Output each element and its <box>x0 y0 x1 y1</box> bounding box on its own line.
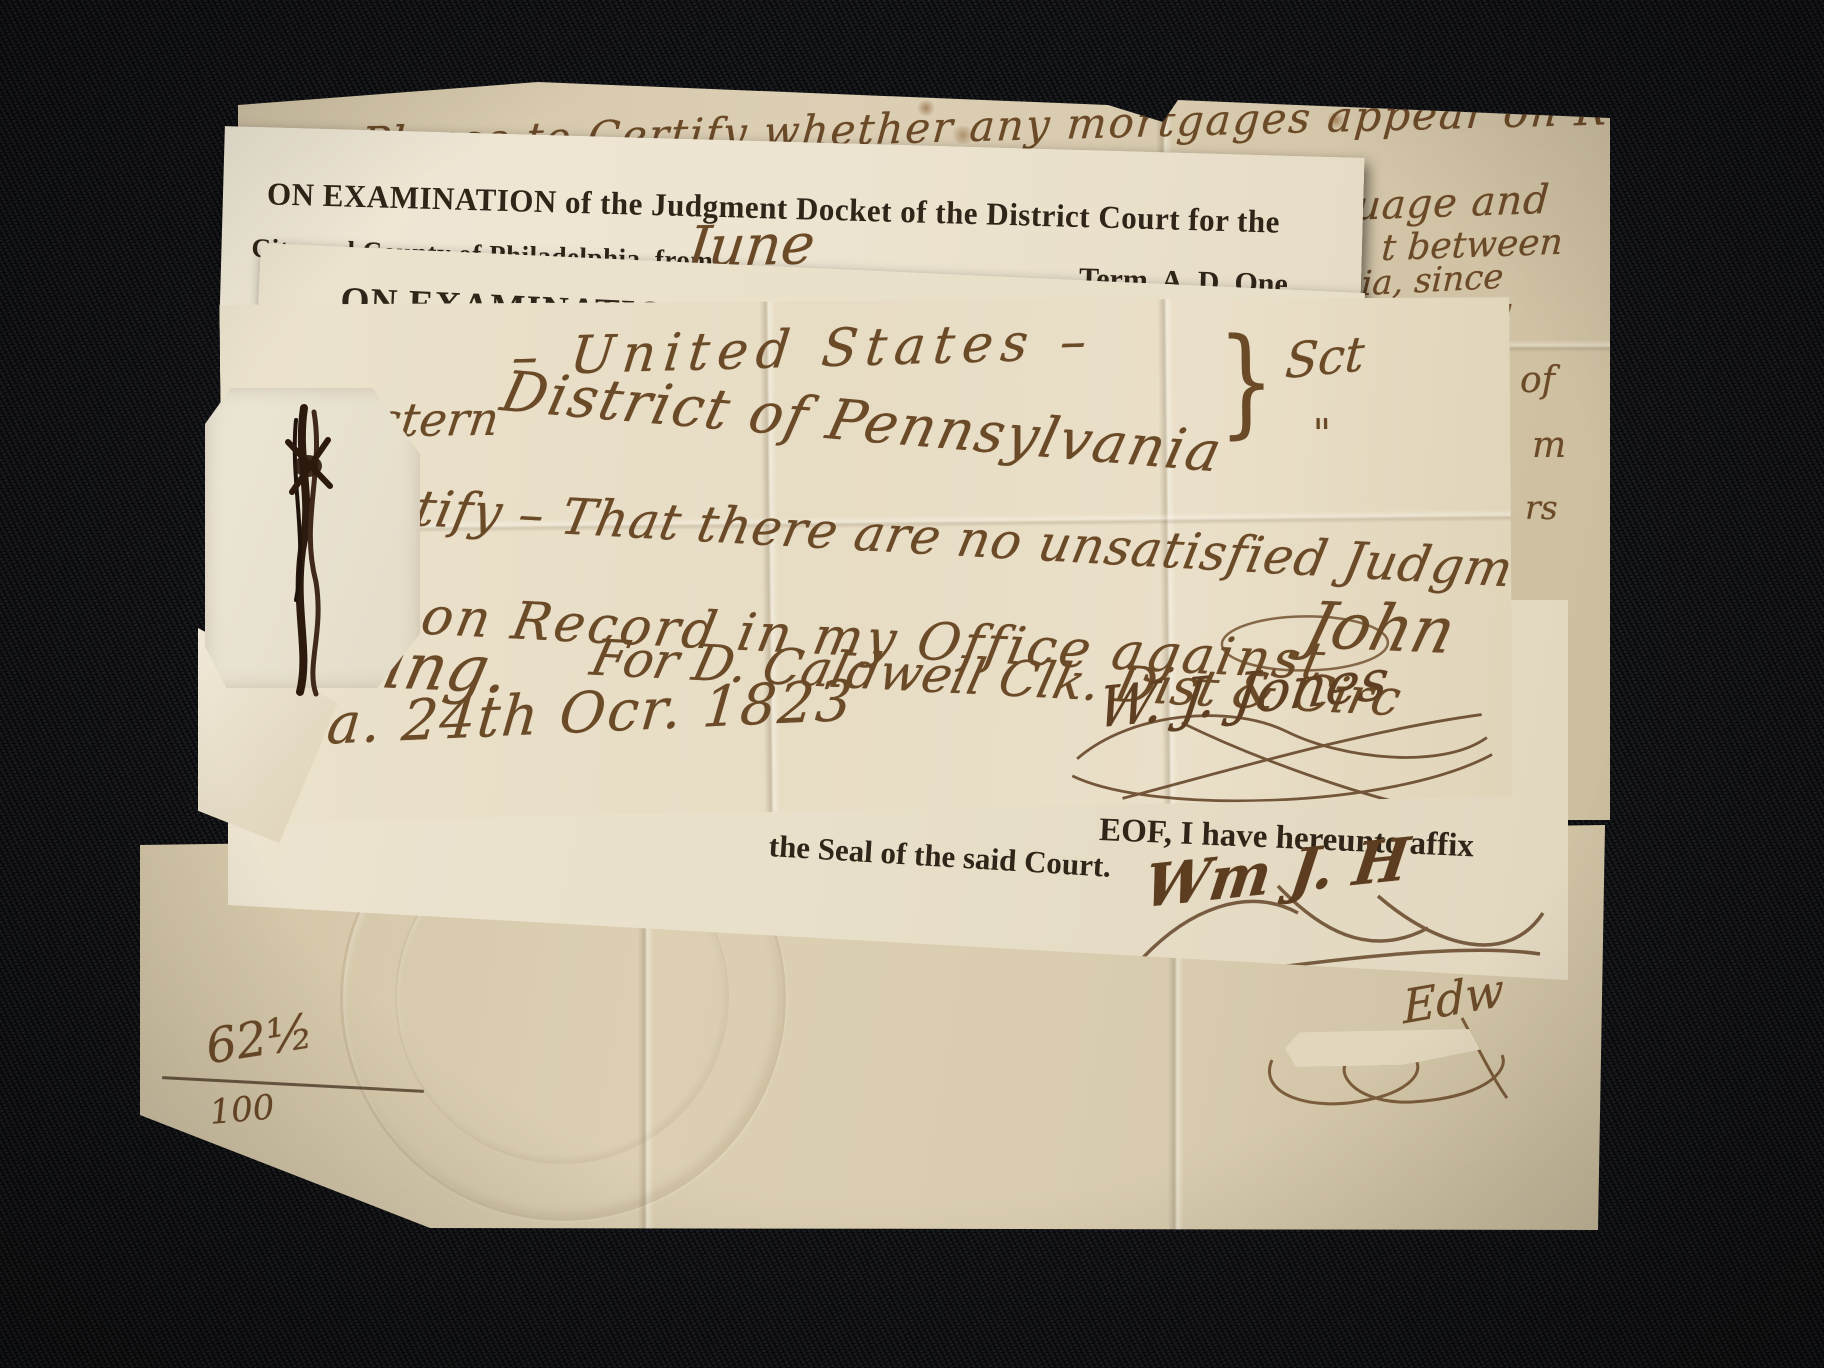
seal-of-court-line: the Seal of the said Court. <box>768 828 1112 885</box>
certificate-sct: Sct <box>1283 326 1366 390</box>
ribbon-tie <box>268 400 348 700</box>
foxing-stain <box>983 88 997 100</box>
letter-frag-rs: rs <box>1525 488 1558 527</box>
certificate-district: District of Pennsylvania <box>495 360 1229 486</box>
docket-fraction-denominator: 100 <box>208 1087 276 1133</box>
photograph: 62½ 100 Edw Please to Certify whether an… <box>0 0 1824 1368</box>
certificate-brace: } <box>1217 312 1275 451</box>
certificate-certify-line: I Certify – That there are no unsatisfie… <box>278 472 1604 603</box>
docket-fraction-numerator: 62½ <box>202 1003 317 1075</box>
letter-frag-m: m <box>1532 425 1566 466</box>
certificate-ditto-mark: " <box>1312 411 1331 457</box>
deputy-signature-flourish <box>1062 699 1503 814</box>
letter-frag-of: of <box>1520 360 1555 401</box>
